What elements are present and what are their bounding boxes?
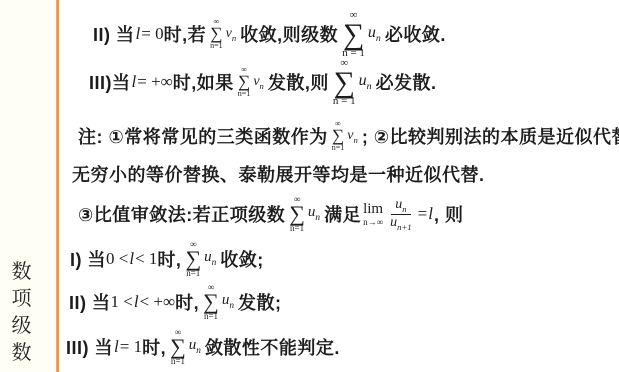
summand-subscript: n: [376, 33, 381, 44]
statement-III-limit-infinity: III)当 l = +∞ 时,如果 ∞∑n=1vn 发散,则 ∞∑n = 1un…: [89, 60, 437, 104]
summation-stack: ∞∑n=1: [203, 283, 219, 321]
summation: ∞∑n=1un: [185, 240, 216, 278]
text-run: 时,: [175, 289, 199, 315]
math-run: 1 <: [111, 292, 133, 312]
math-variable: l: [135, 24, 142, 44]
summand: un: [359, 72, 372, 92]
case-I-converges: I) 当 0 < l < 1 时, ∞∑n=1un 收敛;: [70, 237, 264, 281]
text-run: 时,: [142, 334, 166, 360]
summand-subscript: n: [315, 213, 320, 223]
summation-lower-limit: n=1: [186, 269, 200, 278]
text-run: 满足: [324, 201, 361, 227]
summation: ∞∑n = 1un: [342, 10, 381, 59]
text-run: III) 当: [66, 334, 113, 360]
summand: vn: [253, 74, 264, 90]
text-run: III)当: [89, 69, 131, 95]
ratio-fraction: unun+1: [386, 197, 416, 232]
math-variable: l: [128, 249, 135, 269]
math-run: < +∞: [140, 292, 176, 312]
summation-stack: ∞∑n=1: [210, 18, 223, 49]
sigma-icon: ∑: [185, 249, 201, 269]
math-variable: l: [113, 337, 120, 357]
summand-subscript: n: [196, 346, 201, 356]
summand-variable: u: [204, 249, 212, 265]
summand-variable: u: [359, 72, 367, 89]
math-run: = 1: [120, 337, 142, 357]
note-continuation: 无穷小的等价替换、泰勒展开等均是一种近似代替.: [72, 152, 485, 196]
sigma-icon: ∑: [332, 128, 344, 143]
summand-subscript: n: [367, 81, 372, 92]
math-run: = +∞: [137, 72, 173, 92]
sigma-icon: ∑: [238, 74, 250, 89]
sigma-icon: ∑: [343, 21, 364, 48]
text-run: 敛散性不能判定.: [205, 334, 340, 360]
summation: ∞∑n=1vn: [332, 120, 358, 151]
math-variable: l: [133, 292, 140, 312]
math-variable: l: [427, 204, 434, 224]
summand: un: [222, 292, 234, 311]
summand-subscript: n: [232, 33, 236, 43]
text-run: 收敛;: [220, 246, 264, 272]
text-run: , 则: [434, 201, 464, 227]
text-run: 发散,则: [268, 69, 329, 95]
math-variable: l: [131, 72, 138, 92]
sigma-icon: ∑: [210, 26, 222, 41]
summand-subscript: n: [212, 258, 217, 268]
summation: ∞∑n=1vn: [210, 18, 236, 49]
summand-subscript: n: [260, 81, 264, 91]
notes-page: 数项级数 II) 当 l = 0 时,若 ∞∑n=1vn 收敛,则级数∞∑n =…: [0, 0, 619, 372]
summation: ∞∑n = 1un: [333, 58, 372, 107]
summation: ∞∑n=1un: [289, 195, 320, 233]
summand: un: [308, 204, 320, 223]
summation: ∞∑n=1un: [203, 283, 234, 321]
sigma-icon: ∑: [289, 204, 305, 224]
summand-variable: u: [368, 24, 376, 41]
summand: vn: [226, 26, 237, 42]
case-II-diverges: II) 当 1 < l < +∞ 时, ∞∑n=1un 发散;: [69, 280, 281, 324]
limit-word: lim: [363, 202, 383, 217]
sigma-icon: ∑: [170, 337, 186, 357]
summation-lower-limit: n=1: [171, 357, 185, 366]
summation-stack: ∞∑n=1: [170, 328, 186, 366]
note-3-ratio-test: ③比值审敛法:若正项级数 ∞∑n=1un 满足 limn→∞unun+1 = l…: [78, 192, 463, 236]
math-run: < 1: [135, 249, 157, 269]
text-run: 注: ①常将常见的三类函数作为: [78, 123, 328, 149]
summation-lower-limit: n=1: [332, 144, 345, 152]
summation: ∞∑n=1vn: [238, 66, 264, 97]
summation-stack: ∞∑n=1: [238, 66, 251, 97]
sigma-icon: ∑: [203, 292, 219, 312]
text-run: II) 当: [93, 21, 135, 47]
vertical-rule: [56, 0, 59, 372]
sigma-icon: ∑: [334, 69, 355, 96]
text-run: 必收敛.: [385, 21, 446, 47]
case-III-inconclusive: III) 当 l = 1 时, ∞∑n=1un 敛散性不能判定.: [66, 325, 340, 369]
numerator-subscript: n: [402, 204, 406, 214]
math-run: = 0: [141, 24, 163, 44]
summation: ∞∑n=1un: [170, 328, 201, 366]
math-run: =: [418, 204, 428, 224]
limit-ratio-expression: limn→∞unun+1: [363, 197, 416, 232]
summation-stack: ∞∑n = 1: [342, 10, 365, 59]
summand: un: [189, 337, 201, 356]
fraction-numerator: un: [391, 197, 410, 215]
denominator-subscript: n+1: [397, 221, 412, 231]
text-run: 时,如果: [173, 69, 234, 95]
summand-subscript: n: [229, 301, 234, 311]
text-run: 时,: [157, 246, 181, 272]
summation-stack: ∞∑n = 1: [333, 58, 356, 107]
summand: vn: [347, 128, 358, 144]
chapter-vertical-label: 数项级数: [10, 259, 33, 367]
text-run: 无穷小的等价替换、泰勒展开等均是一种近似代替.: [72, 161, 485, 187]
text-run: II) 当: [69, 289, 111, 315]
text-run: 收敛,则级数: [240, 21, 338, 47]
summand-subscript: n: [353, 135, 357, 145]
summation-lower-limit: n=1: [290, 224, 304, 233]
summation-lower-limit: n=1: [204, 312, 218, 321]
summand: un: [204, 249, 216, 268]
summation-lower-limit: n = 1: [333, 96, 356, 107]
text-run: 发散;: [238, 289, 282, 315]
summation-stack: ∞∑n=1: [289, 195, 305, 233]
summation-stack: ∞∑n=1: [332, 120, 345, 151]
text-run: ; ②比较判别法的本质是近似代替,: [362, 123, 619, 149]
text-run: ③比值审敛法:若正项级数: [78, 201, 285, 227]
math-run: 0 <: [106, 249, 128, 269]
summand: un: [368, 24, 381, 44]
limit-subscript: n→∞: [363, 218, 383, 227]
fraction-denominator: un+1: [386, 215, 416, 232]
limit-stack: limn→∞: [363, 202, 383, 227]
text-run: 必发散.: [376, 69, 437, 95]
summation-stack: ∞∑n=1: [185, 240, 201, 278]
text-run: I) 当: [70, 246, 106, 272]
statement-II-limit-zero: II) 当 l = 0 时,若 ∞∑n=1vn 收敛,则级数∞∑n = 1un …: [93, 12, 446, 56]
text-run: 时,若: [164, 21, 207, 47]
summation-lower-limit: n=1: [238, 90, 251, 98]
summation-lower-limit: n=1: [210, 42, 223, 50]
